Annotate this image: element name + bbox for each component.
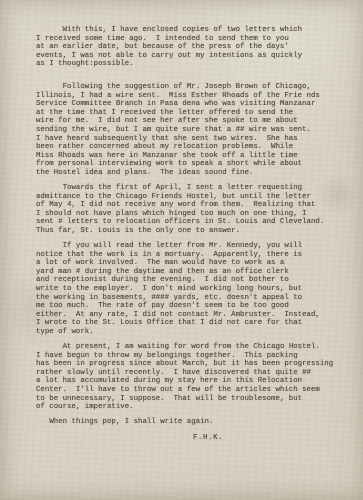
letter-paragraph-1: With this, I have enclosed copies of two… (36, 26, 347, 69)
letter-paragraph-5: At present, I am waiting for word from t… (36, 343, 347, 412)
letter-scan: With this, I have enclosed copies of two… (0, 0, 363, 500)
letter-closing-line: When things pop, I shall write again. (36, 418, 347, 427)
letter-paragraph-2: Following the suggestion of Mr. Joseph B… (36, 83, 347, 178)
letter-paragraph-4: If you will read the letter from Mr. Ken… (36, 242, 347, 337)
letter-page: With this, I have enclosed copies of two… (0, 0, 363, 500)
letter-paragraph-3: Towards the first of April, I sent a let… (36, 184, 347, 236)
letter-signature-initials: F.H.K. (36, 434, 347, 443)
